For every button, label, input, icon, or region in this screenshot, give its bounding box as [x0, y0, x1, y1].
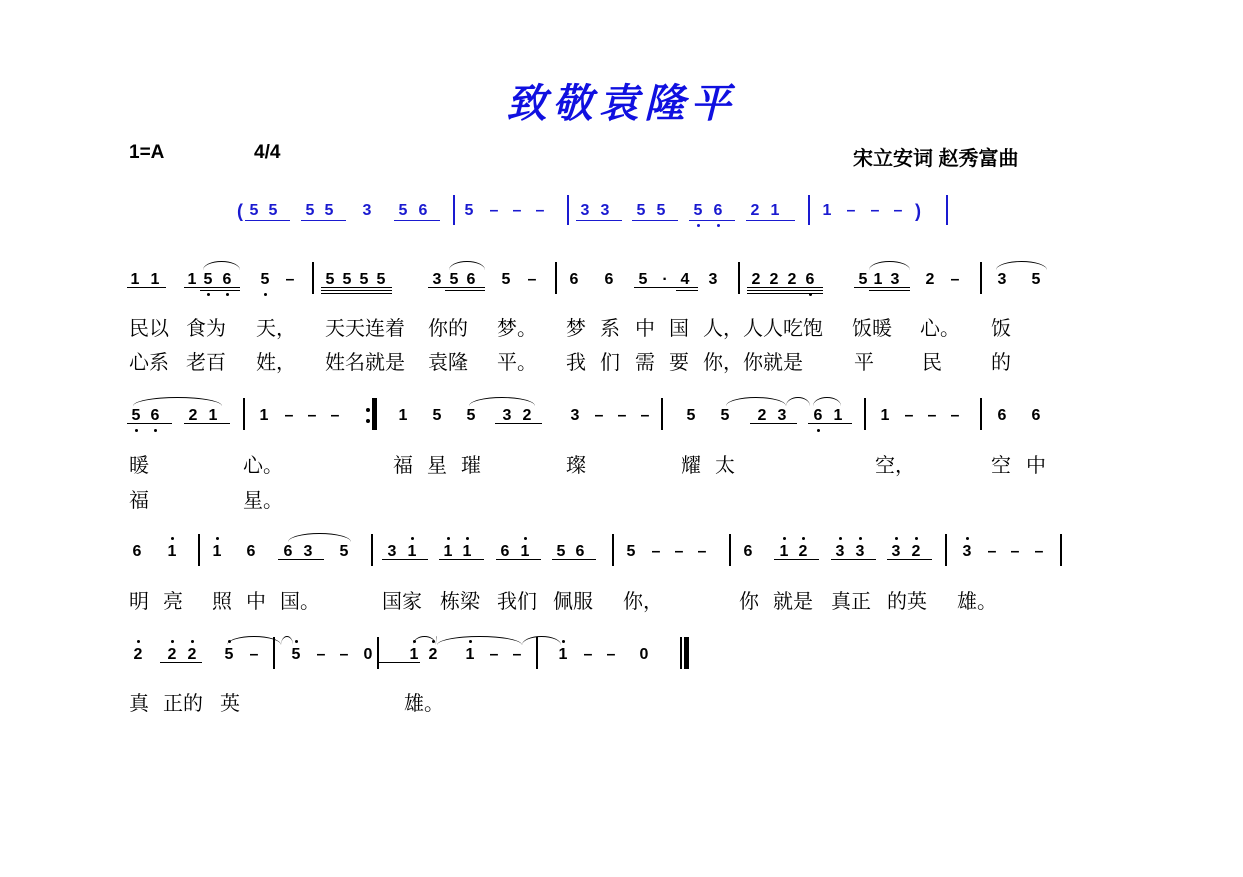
note: 1: [209, 542, 225, 562]
barline: [273, 637, 275, 669]
underline: [869, 290, 910, 291]
slur: [133, 397, 222, 406]
lyric: 平: [854, 346, 874, 375]
lyric: 心。: [243, 449, 283, 478]
slur: [437, 636, 522, 645]
underline: [808, 423, 852, 424]
close-paren: ): [910, 201, 926, 221]
lyric: 耀: [681, 449, 701, 478]
note: 6: [129, 542, 145, 562]
octave-up-dot: [171, 640, 174, 643]
barline: [864, 398, 866, 430]
note: 5: [633, 201, 649, 221]
lyric: 明: [129, 585, 149, 614]
barline: [312, 262, 314, 294]
note: –: [694, 542, 710, 562]
note: 1: [555, 645, 571, 665]
repeat-dot: [366, 408, 370, 412]
note: 5: [288, 645, 304, 665]
octave-up-dot: [216, 537, 219, 540]
lyric: 星: [427, 449, 447, 478]
slur: [869, 261, 910, 270]
slur: [469, 397, 535, 406]
underline: [445, 290, 485, 291]
slur: [449, 261, 485, 270]
time-signature: 4/4: [254, 142, 280, 164]
barline: [980, 398, 982, 430]
underline: [382, 559, 428, 560]
lyric: 姓名就是: [325, 346, 405, 375]
underline: [634, 287, 698, 288]
lyric: 你: [739, 585, 759, 614]
lyric: 璨: [566, 449, 586, 478]
barline: [243, 398, 245, 430]
note: 1: [819, 201, 835, 221]
barline: [661, 398, 663, 430]
octave-up-dot: [915, 537, 918, 540]
underline: [576, 220, 622, 221]
note: –: [509, 201, 525, 221]
lyric: 我们: [497, 585, 537, 614]
note: –: [901, 406, 917, 426]
key-signature: 1=A: [129, 142, 164, 164]
underline: [854, 287, 910, 288]
lyric: 中: [635, 312, 655, 341]
slur: [786, 397, 810, 406]
octave-up-dot: [191, 640, 194, 643]
underline: [495, 423, 542, 424]
note: 5: [221, 645, 237, 665]
lyric: 要: [669, 346, 689, 375]
slur: [813, 397, 841, 406]
lyric: 亮: [163, 585, 183, 614]
underline: [184, 287, 240, 288]
underline: [632, 220, 678, 221]
underline: [747, 290, 823, 291]
slur: [522, 636, 561, 645]
note: 5: [690, 201, 706, 221]
underline: [428, 287, 485, 288]
note: 3: [994, 270, 1010, 290]
lyric: 佩服: [553, 585, 593, 614]
lyric: 福: [129, 484, 149, 513]
lyric: 天天连着: [325, 312, 405, 341]
lyric: 空: [991, 449, 1011, 478]
underline: [774, 559, 819, 560]
lyric: 饭: [991, 312, 1011, 341]
lyric: 真: [129, 687, 149, 716]
lyric: 星。: [243, 484, 283, 513]
note: –: [648, 542, 664, 562]
octave-up-dot: [783, 537, 786, 540]
underline: [160, 662, 202, 663]
lyric: 栋梁: [440, 585, 480, 614]
note: 5: [463, 406, 479, 426]
octave-down-dot: [207, 293, 210, 296]
note: –: [924, 406, 940, 426]
note: –: [304, 406, 320, 426]
underline: [200, 290, 240, 291]
note: 3: [567, 406, 583, 426]
note: 5: [498, 270, 514, 290]
underline: [746, 220, 795, 221]
note: –: [580, 645, 596, 665]
barline: [945, 534, 947, 566]
lyric: 雄。: [404, 687, 444, 716]
lyric: 空，: [875, 449, 915, 478]
underline: [676, 290, 698, 291]
note: 5: [653, 201, 669, 221]
underline: [245, 220, 290, 221]
note: –: [281, 406, 297, 426]
lyric: 食为: [186, 312, 226, 341]
octave-up-dot: [295, 640, 298, 643]
lyric: 的英: [887, 585, 927, 614]
note: –: [984, 542, 1000, 562]
lyric: 中: [246, 585, 266, 614]
underline: [439, 559, 484, 560]
note: –: [486, 645, 502, 665]
underline: [127, 423, 172, 424]
note: 6: [994, 406, 1010, 426]
note: –: [603, 645, 619, 665]
note: 5: [257, 270, 273, 290]
octave-down-dot: [697, 224, 700, 227]
note: 5: [717, 406, 733, 426]
lyric: 梦。: [497, 312, 537, 341]
lyric: 中: [1026, 449, 1046, 478]
note: 3: [597, 201, 613, 221]
barline: [738, 262, 740, 294]
note: –: [843, 201, 859, 221]
final-barline-thin: [680, 637, 682, 669]
underline: [377, 662, 420, 663]
lyric: 老百: [186, 346, 226, 375]
note: 1: [767, 201, 783, 221]
underline: [278, 559, 324, 560]
note: 3: [705, 270, 721, 290]
note: 6: [601, 270, 617, 290]
note: –: [282, 270, 298, 290]
note: 5: [683, 406, 699, 426]
lyric: 天，: [256, 312, 296, 341]
barline: [612, 534, 614, 566]
underline: [689, 220, 735, 221]
slur: [288, 533, 351, 542]
note: 5: [246, 201, 262, 221]
underline: [184, 423, 230, 424]
lyric: 你的: [428, 312, 468, 341]
underline: [552, 559, 596, 560]
note: 5: [265, 201, 281, 221]
lyric: 璀: [461, 449, 481, 478]
note: 5: [1028, 270, 1044, 290]
lyric: 暖: [129, 449, 149, 478]
lyric: 民: [922, 346, 942, 375]
note: 5: [429, 406, 445, 426]
note: –: [637, 406, 653, 426]
octave-down-dot: [264, 293, 267, 296]
lyric: 雄。: [957, 585, 997, 614]
underline: [321, 287, 392, 288]
note: 2: [130, 645, 146, 665]
note: 6: [415, 201, 431, 221]
underline: [394, 220, 440, 221]
note: 5: [461, 201, 477, 221]
octave-down-dot: [135, 429, 138, 432]
barline: [946, 195, 948, 225]
note: –: [947, 406, 963, 426]
lyric: 袁隆: [428, 346, 468, 375]
octave-up-dot: [802, 537, 805, 540]
barline: [729, 534, 731, 566]
note: –: [890, 201, 906, 221]
lyric: 心。: [920, 312, 960, 341]
underline: [747, 287, 823, 288]
lyric: 真正: [831, 585, 871, 614]
note: 3: [577, 201, 593, 221]
final-barline-thick: [684, 637, 689, 669]
note: 6: [243, 542, 259, 562]
note: –: [327, 406, 343, 426]
note: 1: [164, 542, 180, 562]
note: 2: [922, 270, 938, 290]
underline: [127, 287, 166, 288]
underline: [887, 559, 932, 560]
note: 6: [1028, 406, 1044, 426]
lyric: 姓，: [256, 346, 296, 375]
note: –: [246, 645, 262, 665]
note: –: [486, 201, 502, 221]
note: –: [1007, 542, 1023, 562]
lyric: 照: [212, 585, 232, 614]
barline: [567, 195, 569, 225]
barline: [377, 637, 379, 669]
barline: [555, 262, 557, 294]
slur: [726, 397, 786, 406]
note: –: [509, 645, 525, 665]
octave-up-dot: [466, 537, 469, 540]
note: 2: [425, 645, 441, 665]
lyric: 饭暖: [852, 312, 892, 341]
barline: [1060, 534, 1062, 566]
song-title: 致敬袁隆平: [0, 72, 1243, 129]
underline: [831, 559, 876, 560]
octave-up-dot: [411, 537, 414, 540]
octave-down-dot: [717, 224, 720, 227]
barline: [980, 262, 982, 294]
note: 1: [877, 406, 893, 426]
note: 0: [636, 645, 652, 665]
note: 0: [360, 645, 376, 665]
note: 1: [256, 406, 272, 426]
note: 1: [395, 406, 411, 426]
slur: [281, 636, 293, 645]
credits: 宋立安词 赵秀富曲: [853, 142, 1019, 171]
lyric: 就是: [773, 585, 813, 614]
underline: [321, 290, 392, 291]
note: 6: [566, 270, 582, 290]
lyric: 你，你就是: [703, 346, 803, 375]
note: 5: [336, 542, 352, 562]
repeat-barline: [372, 398, 377, 430]
lyric: 国。: [280, 585, 320, 614]
lyric: 正的: [163, 687, 203, 716]
note: –: [1031, 542, 1047, 562]
barline: [371, 534, 373, 566]
note: –: [671, 542, 687, 562]
note: –: [591, 406, 607, 426]
lyric: 的: [991, 346, 1011, 375]
lyric: 们: [600, 346, 620, 375]
octave-up-dot: [562, 640, 565, 643]
note: 2: [747, 201, 763, 221]
underline: [747, 293, 823, 294]
barline: [808, 195, 810, 225]
lyric: 平。: [497, 346, 537, 375]
slur: [996, 261, 1047, 270]
barline: [198, 534, 200, 566]
underline: [301, 220, 346, 221]
note: –: [947, 270, 963, 290]
lyric: 国家: [382, 585, 422, 614]
note: 3: [959, 542, 975, 562]
note: 5: [321, 201, 337, 221]
octave-down-dot: [226, 293, 229, 296]
octave-down-dot: [154, 429, 157, 432]
octave-up-dot: [524, 537, 527, 540]
octave-up-dot: [447, 537, 450, 540]
lyric: 心系: [129, 346, 169, 375]
lyric: 我: [566, 346, 586, 375]
lyric: 福: [393, 449, 413, 478]
octave-up-dot: [137, 640, 140, 643]
octave-up-dot: [839, 537, 842, 540]
barline: [453, 195, 455, 225]
underline: [750, 423, 797, 424]
note: 6: [740, 542, 756, 562]
note: –: [867, 201, 883, 221]
note: 3: [359, 201, 375, 221]
octave-up-dot: [859, 537, 862, 540]
note: 5: [623, 542, 639, 562]
barline: [536, 637, 538, 669]
lyric: 民以: [129, 312, 169, 341]
slur: [203, 261, 240, 270]
repeat-dot: [366, 419, 370, 423]
underline: [321, 293, 392, 294]
octave-up-dot: [171, 537, 174, 540]
lyric: 梦: [566, 312, 586, 341]
lyric: 英: [220, 687, 240, 716]
octave-up-dot: [966, 537, 969, 540]
octave-up-dot: [895, 537, 898, 540]
lyric: 太: [715, 449, 735, 478]
lyric: 国: [669, 312, 689, 341]
lyric: 需: [635, 346, 655, 375]
lyric: 人，人人吃饱: [703, 312, 823, 341]
lyric: 你，: [623, 585, 663, 614]
slur: [413, 636, 436, 645]
note: –: [313, 645, 329, 665]
note: 5: [302, 201, 318, 221]
lyric: 系: [600, 312, 620, 341]
note: 1: [462, 645, 478, 665]
note: –: [532, 201, 548, 221]
note: –: [614, 406, 630, 426]
note: 5: [395, 201, 411, 221]
note: –: [336, 645, 352, 665]
octave-down-dot: [817, 429, 820, 432]
underline: [496, 559, 541, 560]
note: –: [524, 270, 540, 290]
note: 6: [710, 201, 726, 221]
